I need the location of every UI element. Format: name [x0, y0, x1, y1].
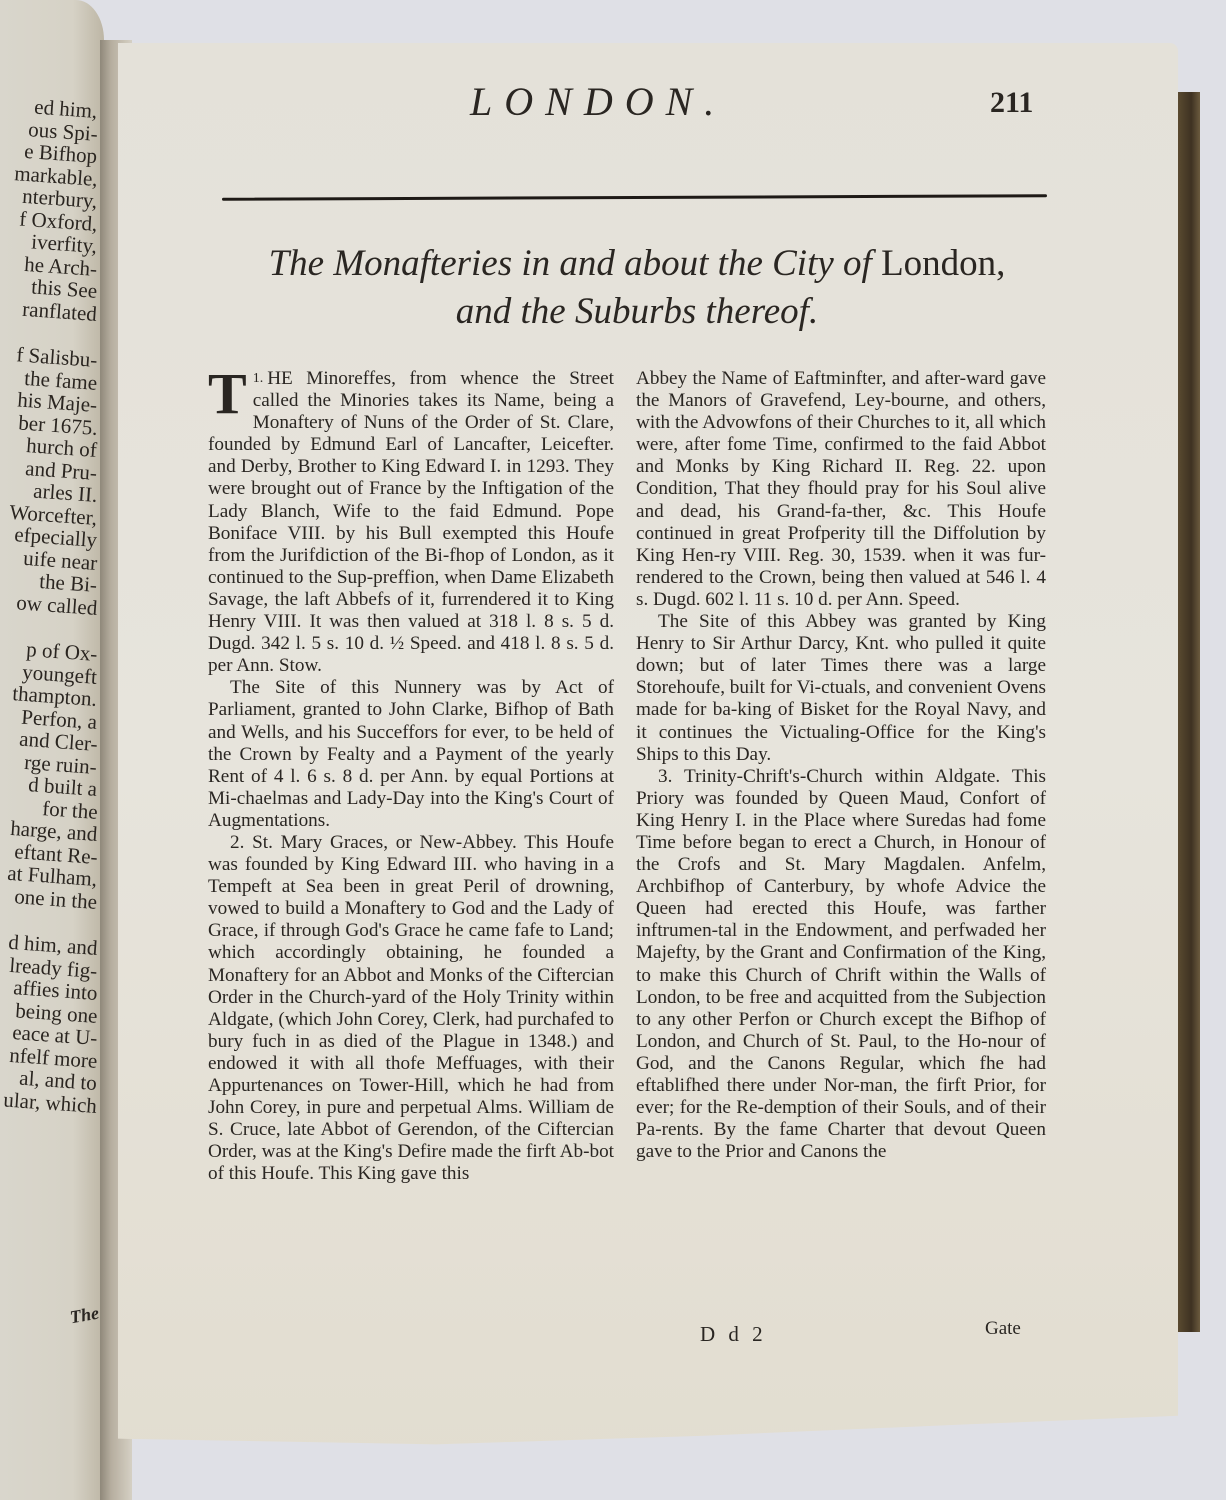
left-text-column: 1.THE Minoreffes, from whence the Street… [208, 368, 614, 1185]
left-page-fragment: d built a [28, 773, 98, 800]
book-cover-edge [1178, 92, 1200, 1332]
signature-mark: D d 2 [700, 1322, 767, 1347]
paragraph-trinity-christ-church: 3. Trinity-Chrift's-Church within Aldgat… [636, 766, 1046, 1164]
section-number: 1. [253, 371, 264, 386]
paragraph-abbey-site: The Site of this Abbey was granted by Ki… [636, 611, 1046, 766]
catchword: Gate [985, 1318, 1021, 1340]
title-roman: London, [881, 243, 1005, 284]
left-page-fragment: ow called [16, 591, 98, 619]
left-page-catchword: The [68, 1303, 100, 1329]
facing-left-page: ed him,ous Spi-e Bifhopmarkable,nterbury… [0, 0, 104, 1500]
left-page-fragment: ranflated [22, 297, 98, 324]
drop-cap: T [208, 372, 247, 416]
chapter-title: The Monafteries in and about the City of… [222, 240, 1052, 336]
left-page-fragment: ular, which [3, 1088, 98, 1116]
page-number: 211 [990, 86, 1033, 120]
right-text-column: Abbey the Name of Eaftminfter, and after… [636, 368, 1046, 1163]
running-head: LONDON. [470, 78, 726, 125]
left-page-fragment: uife near [23, 546, 98, 573]
left-page-fragment: one in the [14, 885, 98, 913]
title-italic: The Monafteries in and about the City of [269, 243, 872, 284]
paragraph-st-mary-graces: 2. St. Mary Graces, or New-Abbey. This H… [208, 832, 614, 1186]
title-line2: and the Suburbs thereof. [456, 291, 818, 332]
paragraph-minoresses: 1.THE Minoreffes, from whence the Street… [208, 368, 614, 677]
paragraph-eastminster: Abbey the Name of Eaftminfter, and after… [636, 368, 1046, 611]
paragraph-text: HE Minoreffes, from whence the Street ca… [208, 368, 614, 676]
paragraph-nunnery-site: The Site of this Nunnery was by Act of P… [208, 677, 614, 832]
